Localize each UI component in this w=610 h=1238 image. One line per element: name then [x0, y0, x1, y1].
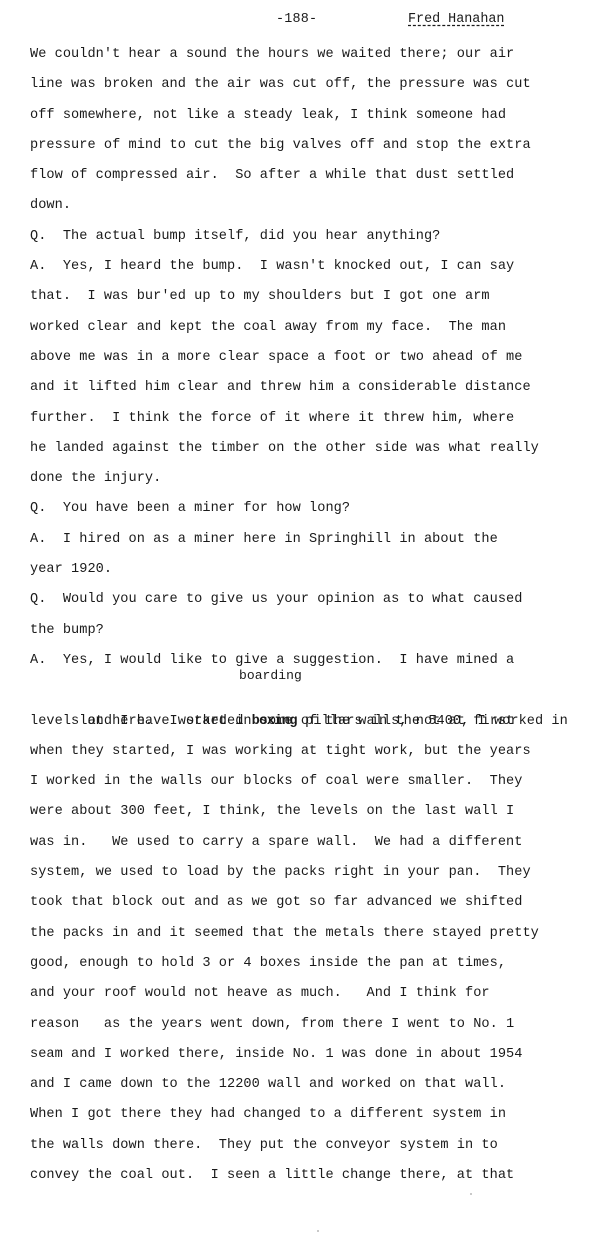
text-line: We couldn't hear a sound the hours we wa…	[30, 40, 605, 70]
text-line: were about 300 feet, I think, the levels…	[30, 797, 605, 827]
text-line: and it lifted him clear and threw him a …	[30, 373, 605, 403]
answer-line: A. Yes, I heard the bump. I wasn't knock…	[30, 252, 605, 282]
text-line: he landed against the timber on the othe…	[30, 434, 605, 464]
text-line: seam and I worked there, inside No. 1 wa…	[30, 1040, 605, 1070]
transcript-page: -188- Fred Hanahan We couldn't hear a so…	[0, 0, 610, 1238]
text-line: that. I was bur'ed up to my shoulders bu…	[30, 282, 605, 312]
text-line: line was broken and the air was cut off,…	[30, 70, 605, 100]
text-line: flow of compressed air. So after a while…	[30, 161, 605, 191]
question-line: Q. Would you care to give us your opinio…	[30, 585, 605, 615]
text-line: good, enough to hold 3 or 4 boxes inside…	[30, 949, 605, 979]
text-line: above me was in a more clear space a foo…	[30, 343, 605, 373]
handwritten-correction: boarding	[239, 669, 302, 682]
answer-line: A. Yes, I would like to give a suggestio…	[30, 646, 605, 676]
text-line: off somewhere, not like a steady leak, I…	[30, 101, 605, 131]
question-line: Q. The actual bump itself, did you hear …	[30, 222, 605, 252]
page-number: -188-	[276, 12, 317, 27]
scan-speck	[470, 1193, 472, 1195]
text-line: the bump?	[30, 616, 605, 646]
text-line: pressure of mind to cut the big valves o…	[30, 131, 605, 161]
text-line: the walls down there. They put the conve…	[30, 1131, 605, 1161]
question-line: Q. You have been a miner for how long?	[30, 494, 605, 524]
witness-name: Fred Hanahan	[408, 12, 504, 27]
text-line: reason as the years went down, from ther…	[30, 1010, 605, 1040]
text-line: system, we used to load by the packs rig…	[30, 858, 605, 888]
text-line: the packs in and it seemed that the meta…	[30, 919, 605, 949]
page-header: -188- Fred Hanahan	[0, 12, 610, 34]
text-line: when they started, I was working at tigh…	[30, 737, 605, 767]
text-line: levels and I have worked in some of the …	[30, 707, 605, 737]
text-line: further. I think the force of it where i…	[30, 404, 605, 434]
scan-speck	[317, 1230, 319, 1232]
text-line: and I came down to the 12200 wall and wo…	[30, 1070, 605, 1100]
text-line: worked clear and kept the coal away from…	[30, 313, 605, 343]
answer-line: A. I hired on as a miner here in Springh…	[30, 525, 605, 555]
text-line: convey the coal out. I seen a little cha…	[30, 1161, 605, 1191]
text-line: down.	[30, 191, 605, 221]
text-line: took that block out and as we got so far…	[30, 888, 605, 918]
transcript-body: We couldn't hear a sound the hours we wa…	[30, 40, 605, 1191]
text-line: done the injury.	[30, 464, 605, 494]
text-line: and your roof would not heave as much. A…	[30, 979, 605, 1009]
text-line: When I got there they had changed to a d…	[30, 1100, 605, 1130]
text-line: was in. We used to carry a spare wall. W…	[30, 828, 605, 858]
text-line: I worked in the walls our blocks of coal…	[30, 767, 605, 797]
text-line: year 1920.	[30, 555, 605, 585]
corrected-line: boardinglot here. I started boxing pilla…	[30, 676, 605, 706]
